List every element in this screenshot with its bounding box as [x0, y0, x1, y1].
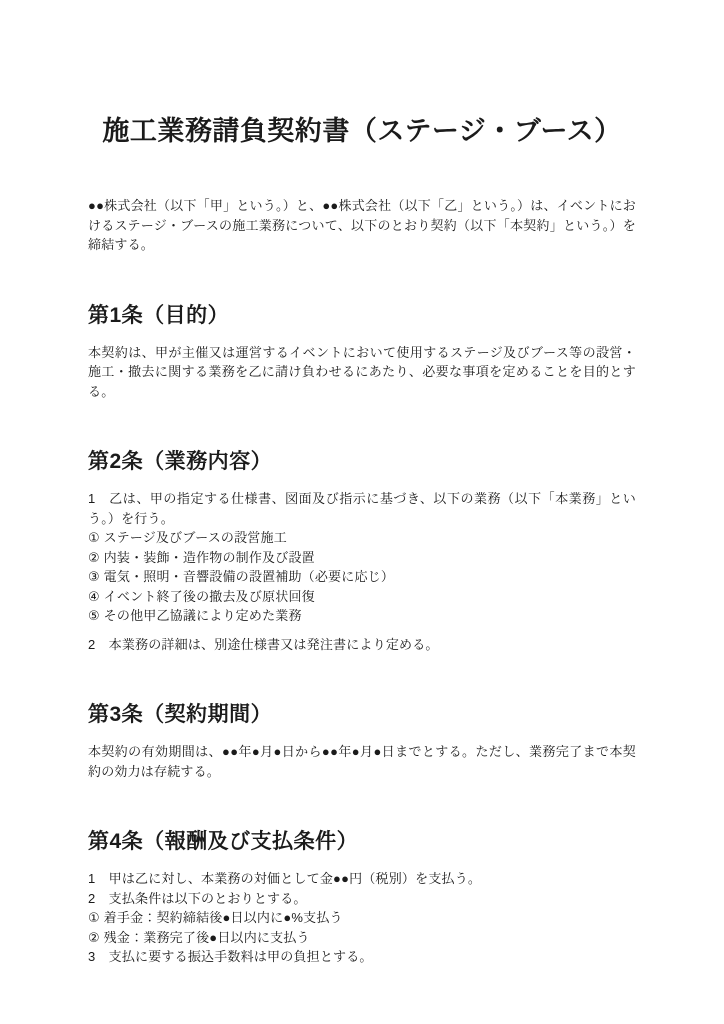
- article-2-clause-1: 1 乙は、甲の指定する仕様書、図面及び指示に基づき、以下の業務（以下「本業務」と…: [88, 489, 636, 528]
- article-4-clause-3: 3 支払に要する振込手数料は甲の負担とする。: [88, 947, 636, 967]
- article-4-heading: 第4条（報酬及び支払条件）: [88, 827, 636, 856]
- article-4-list-item-1: ① 着手金：契約締結後●日以内に●%支払う: [88, 908, 636, 928]
- article-2-list-item-1: ① ステージ及びブースの設営施工: [88, 528, 636, 548]
- article-4-clause-2: 2 支払条件は以下のとおりとする。: [88, 889, 636, 909]
- article-4-clause-1: 1 甲は乙に対し、本業務の対価として金●●円（税別）を支払う。: [88, 869, 636, 889]
- article-2-list-item-2: ② 内装・装飾・造作物の制作及び設置: [88, 548, 636, 568]
- article-4-list-item-2: ② 残金：業務完了後●日以内に支払う: [88, 928, 636, 948]
- article-3-paragraph: 本契約の有効期間は、●●年●月●日から●●年●月●日までとする。ただし、業務完了…: [88, 742, 636, 781]
- article-2-list-item-5: ⑤ その他甲乙協議により定めた業務: [88, 606, 636, 626]
- article-section-contract-term: 第3条（契約期間） 本契約の有効期間は、●●年●月●日から●●年●月●日までとす…: [88, 700, 636, 781]
- article-1-heading: 第1条（目的）: [88, 301, 636, 330]
- document-title: 施工業務請負契約書（ステージ・ブース）: [88, 112, 636, 150]
- article-2-list-item-3: ③ 電気・照明・音響設備の設置補助（必要に応じ）: [88, 567, 636, 587]
- article-section-purpose: 第1条（目的） 本契約は、甲が主催又は運営するイベントにおいて使用するステージ及…: [88, 301, 636, 402]
- article-1-paragraph: 本契約は、甲が主催又は運営するイベントにおいて使用するステージ及びブース等の設営…: [88, 343, 636, 402]
- article-section-scope-of-work: 第2条（業務内容） 1 乙は、甲の指定する仕様書、図面及び指示に基づき、以下の業…: [88, 447, 636, 654]
- document-page: 施工業務請負契約書（ステージ・ブース） ●●株式会社（以下「甲」という。）と、●…: [0, 0, 724, 1024]
- article-3-heading: 第3条（契約期間）: [88, 700, 636, 729]
- article-2-clause-2: 2 本業務の詳細は、別途仕様書又は発注書により定める。: [88, 635, 636, 655]
- article-section-payment-terms: 第4条（報酬及び支払条件） 1 甲は乙に対し、本業務の対価として金●●円（税別）…: [88, 827, 636, 967]
- article-2-list-item-4: ④ イベント終了後の撤去及び原状回復: [88, 587, 636, 607]
- intro-paragraph: ●●株式会社（以下「甲」という。）と、●●株式会社（以下「乙」という。）は、イベ…: [88, 196, 636, 255]
- article-2-heading: 第2条（業務内容）: [88, 447, 636, 476]
